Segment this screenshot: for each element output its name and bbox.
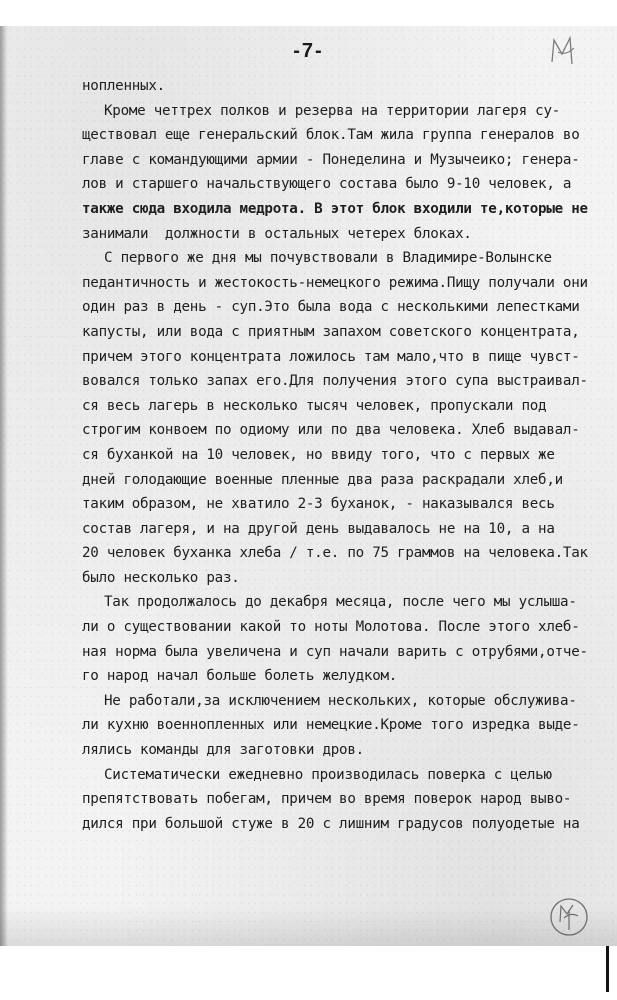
text-line: ся весь лагерь в несколько тысяч человек… [82,394,602,419]
text-line: лов и старшего начальствующего состава б… [82,172,602,197]
text-line: причем этого концентрата ложилось там ма… [82,345,602,370]
scan-shadow [0,906,617,946]
typewritten-page: -7- нопленных.Кроме четтрех полков и рез… [0,26,617,946]
scan-edge-bar [606,946,609,992]
text-line: педантичность и жестокость-немецкого реж… [82,271,602,296]
text-line: ся буханкой на 10 человек, но ввиду того… [82,443,602,468]
text-line: ная норма была увеличена и суп начали ва… [82,640,602,665]
text-line: С первого же дня мы почувствовали в Влад… [82,246,602,271]
text-line: Кроме четтрех полков и резерва на террит… [82,99,602,124]
text-line: вовался только запах его.Для получения э… [82,369,602,394]
text-line: препятствовать побегам, причем во время … [82,787,602,812]
text-line: Так продолжалось до декабря месяца, посл… [82,590,602,615]
text-line: капусты, или вода с приятным запахом сов… [82,320,602,345]
text-line: строгим конвоем по одиому или по два чел… [82,418,602,443]
text-line: лялись команды для заготовки дров. [82,738,602,763]
circled-initials-icon [548,896,590,938]
text-line: состав лагеря, и на другой день выдавало… [82,517,602,542]
document-body: нопленных.Кроме четтрех полков и резерва… [82,74,602,836]
text-line: ли кухню военнопленных или немецкие.Кром… [82,713,602,738]
text-line: также сюда входила медрота. В этот блок … [82,197,602,222]
pencil-initials-icon [548,34,578,68]
text-line: дней голодающие военные пленные два раза… [82,468,602,493]
text-line: дился при большой стуже в 20 с лишним гр… [82,812,602,837]
text-line: ществовал еще генеральский блок.Там жила… [82,123,602,148]
page-number: -7- [0,40,617,63]
text-line: Систематически ежедневно производилась п… [82,763,602,788]
text-line: было несколько раз. [82,566,602,591]
text-line: 20 человек буханка хлеба / т.е. по 75 гр… [82,541,602,566]
text-line: ли о существовании какой то ноты Молотов… [82,615,602,640]
text-line: нопленных. [82,74,602,99]
text-line: один раз в день - суп.Это была вода с не… [82,295,602,320]
text-line: занимали должности в остальных четерех б… [82,222,602,247]
text-line: го народ начал больше болеть желудком. [82,664,602,689]
text-line: Не работали,за исключением нескольких, к… [82,689,602,714]
text-line: таким образом, не хватило 2-3 буханок, -… [82,492,602,517]
text-line: главе с командующими армии - Понеделина … [82,148,602,173]
